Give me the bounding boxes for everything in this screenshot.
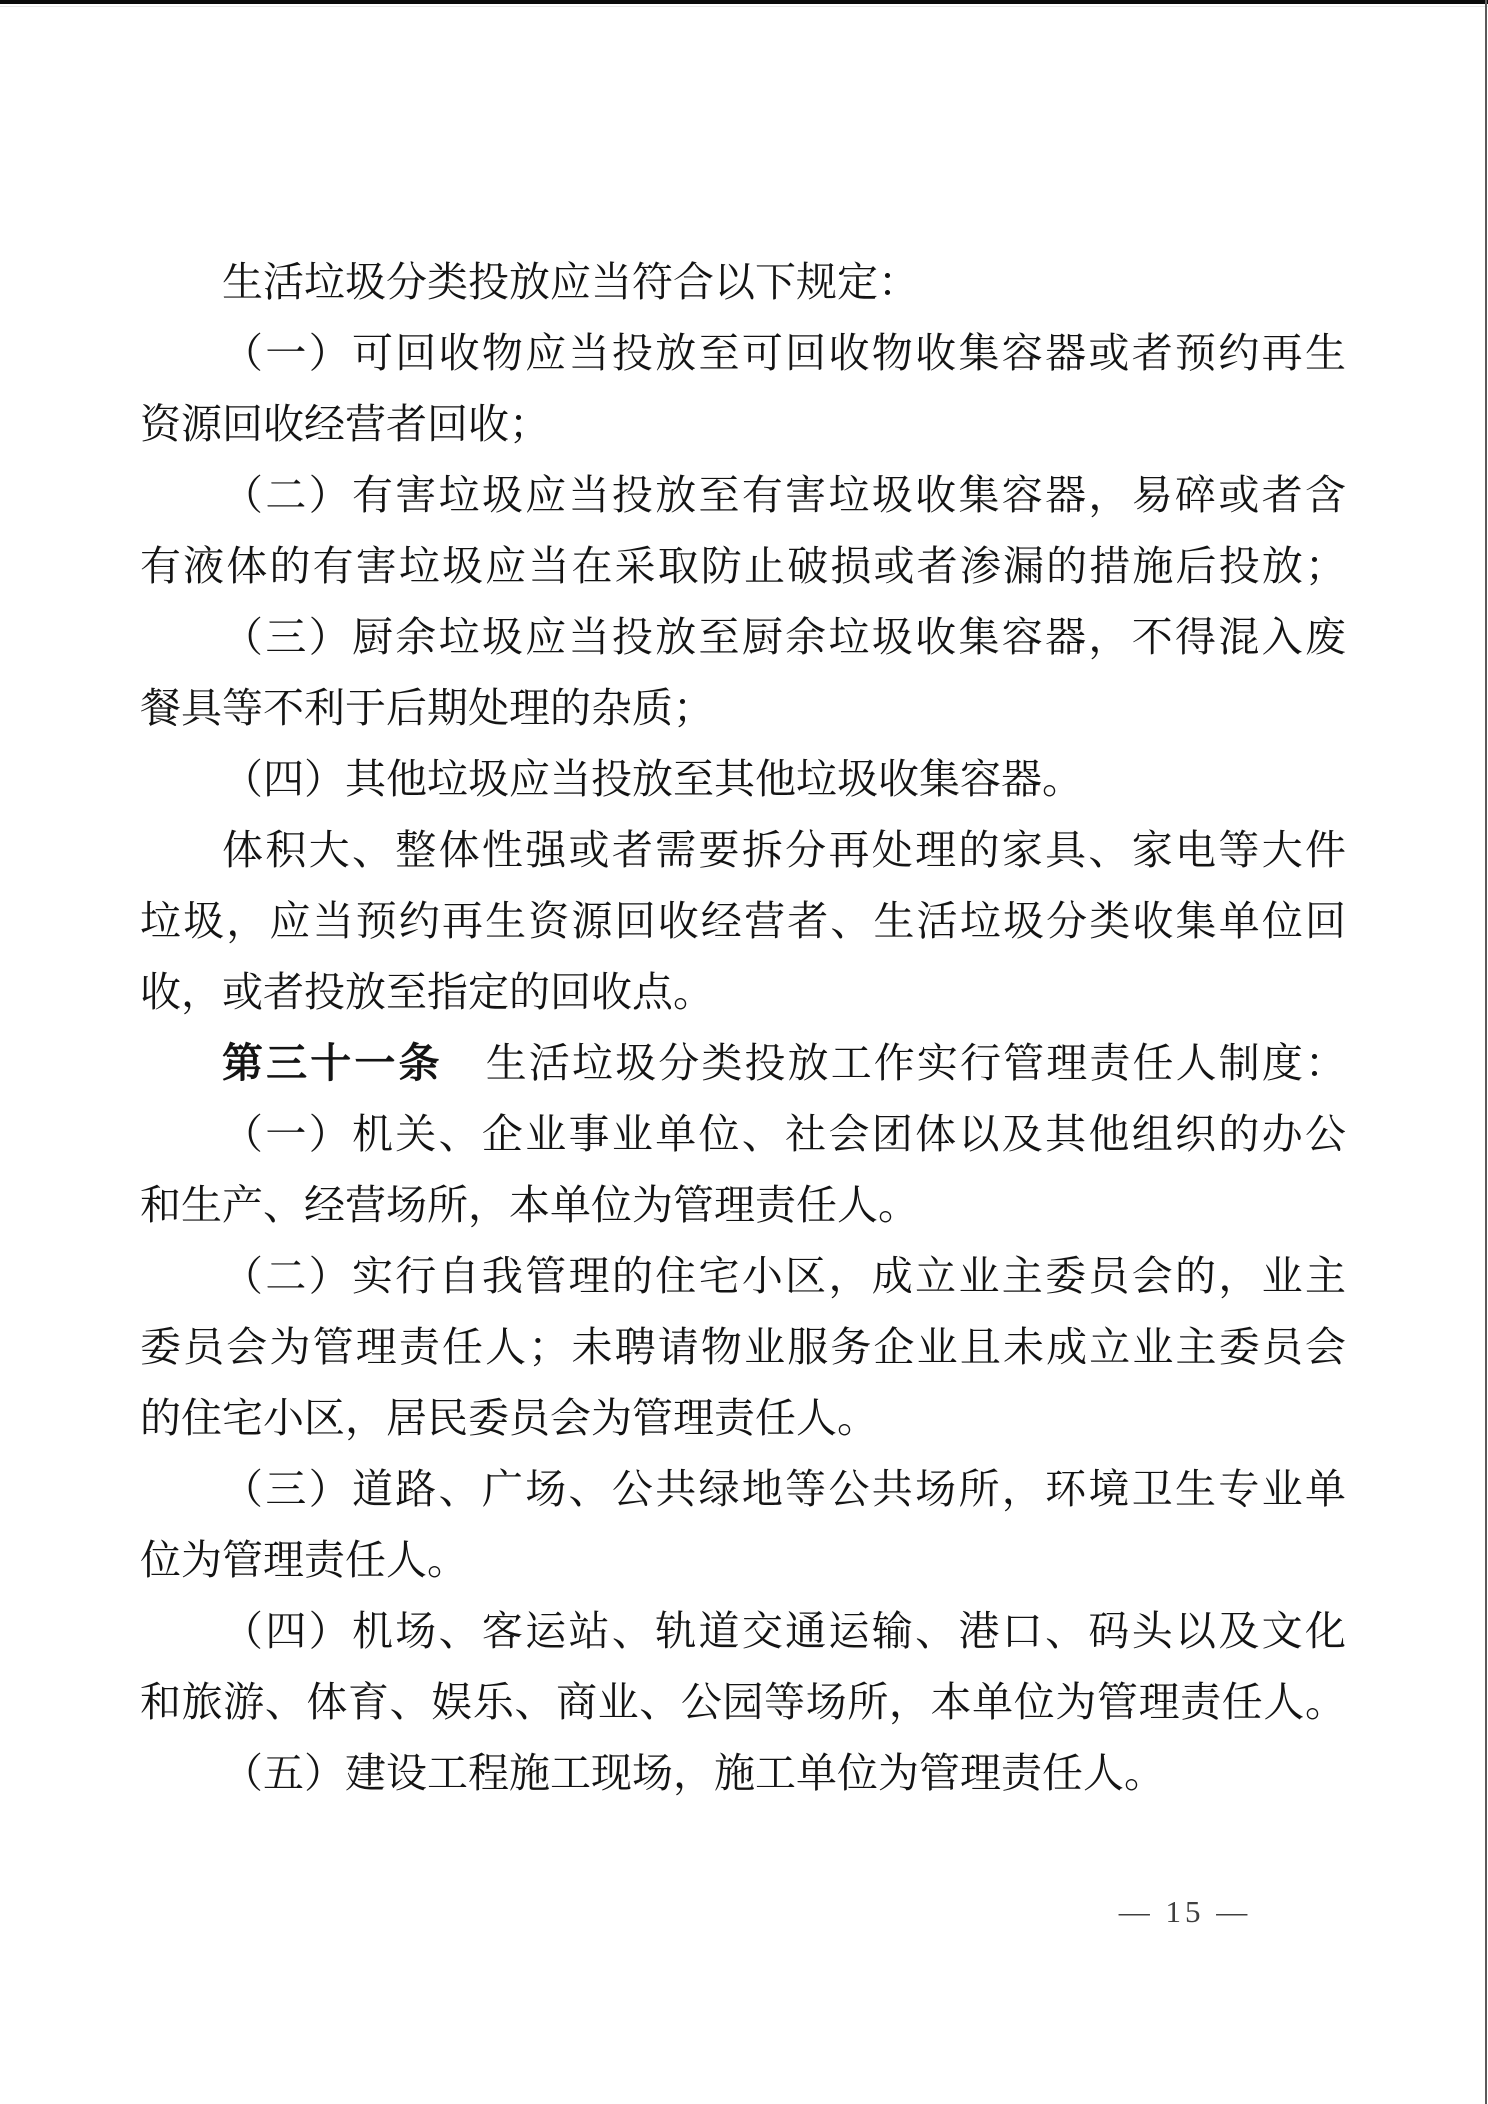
text-line: （二）实行自我管理的住宅小区，成立业主委员会的，业主	[140, 1241, 1346, 1312]
text-line: （五）建设工程施工现场，施工单位为管理责任人。	[140, 1738, 1346, 1809]
text-line: 和生产、经营场所，本单位为管理责任人。	[140, 1170, 1346, 1241]
text-line: （二）有害垃圾应当投放至有害垃圾收集容器，易碎或者含	[140, 460, 1346, 531]
text-line: （四）机场、客运站、轨道交通运输、港口、码头以及文化	[140, 1596, 1346, 1667]
scan-right-edge-line	[1485, 0, 1487, 2104]
text-line: （三）厨余垃圾应当投放至厨余垃圾收集容器，不得混入废	[140, 602, 1346, 673]
text-line: 收，或者投放至指定的回收点。	[140, 957, 1346, 1028]
text-line: 生活垃圾分类投放应当符合以下规定：	[140, 247, 1346, 318]
text-line: 和旅游、体育、娱乐、商业、公园等场所，本单位为管理责任人。	[140, 1667, 1346, 1738]
scan-top-edge-bar	[0, 0, 1488, 4]
document-page: 生活垃圾分类投放应当符合以下规定： （一）可回收物应当投放至可回收物收集容器或者…	[0, 0, 1488, 2104]
text-line: （四）其他垃圾应当投放至其他垃圾收集容器。	[140, 744, 1346, 815]
page-number: — 15 —	[1105, 1890, 1265, 1934]
text-line: 有液体的有害垃圾应当在采取防止破损或者渗漏的措施后投放；	[140, 531, 1346, 602]
article-number: 第三十一条	[222, 1040, 443, 1086]
text-line: 委员会为管理责任人；未聘请物业服务企业且未成立业主委员会	[140, 1312, 1346, 1383]
text-line: 餐具等不利于后期处理的杂质；	[140, 673, 1346, 744]
text-line: 体积大、整体性强或者需要拆分再处理的家具、家电等大件	[140, 815, 1346, 886]
text-line-article-heading: 第三十一条 生活垃圾分类投放工作实行管理责任人制度：	[140, 1028, 1346, 1099]
text-line: 位为管理责任人。	[140, 1525, 1346, 1596]
text-line: 垃圾，应当预约再生资源回收经营者、生活垃圾分类收集单位回	[140, 886, 1346, 957]
scan-top-edge-shadow	[0, 6, 1488, 7]
text-line: （三）道路、广场、公共绿地等公共场所，环境卫生专业单	[140, 1454, 1346, 1525]
article-heading-text: 生活垃圾分类投放工作实行管理责任人制度：	[443, 1040, 1346, 1086]
text-line: （一）可回收物应当投放至可回收物收集容器或者预约再生	[140, 318, 1346, 389]
page-body-text: 生活垃圾分类投放应当符合以下规定： （一）可回收物应当投放至可回收物收集容器或者…	[140, 247, 1346, 1809]
text-line: （一）机关、企业事业单位、社会团体以及其他组织的办公	[140, 1099, 1346, 1170]
text-line: 的住宅小区，居民委员会为管理责任人。	[140, 1383, 1346, 1454]
text-line: 资源回收经营者回收；	[140, 389, 1346, 460]
